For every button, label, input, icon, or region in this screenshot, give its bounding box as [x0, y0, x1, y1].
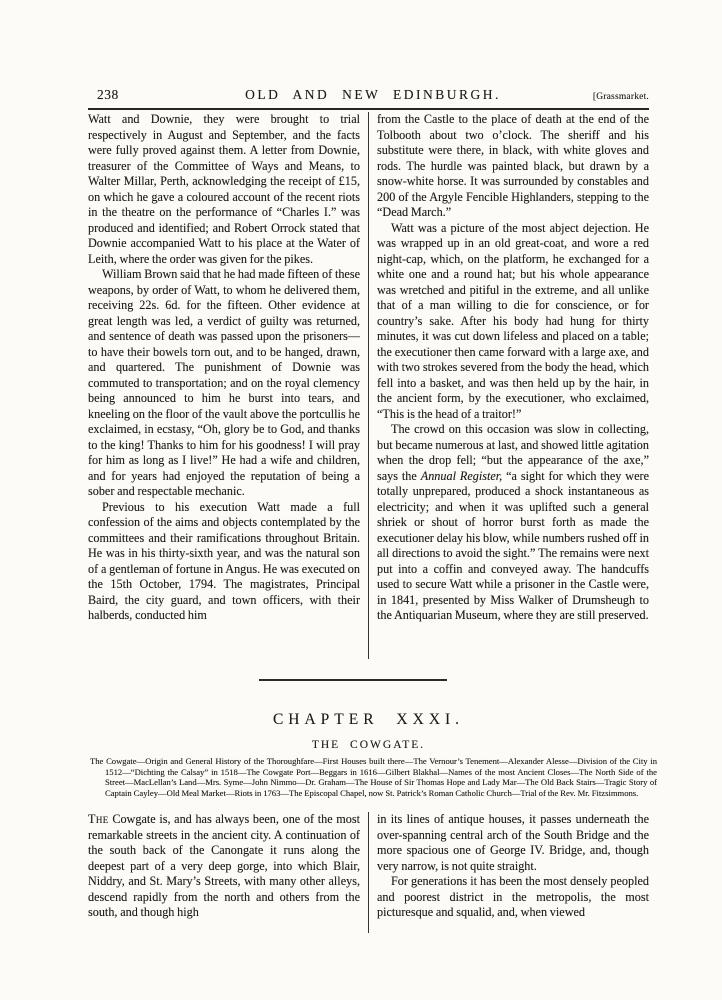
body-text: Watt and Downie, they were brought to tr… — [88, 112, 360, 266]
paragraph: The Cowgate is, and has always been, one… — [88, 812, 360, 921]
paragraph: from the Castle to the place of death at… — [377, 112, 649, 221]
body-text: William Brown said that he had made fift… — [88, 267, 360, 498]
running-title: OLD AND NEW EDINBURGH. — [197, 87, 549, 103]
article-left-column: Watt and Downie, they were brought to tr… — [88, 112, 369, 659]
small-caps-text: The — [88, 812, 109, 826]
body-text: Cowgate is, and has always been, one of … — [88, 812, 360, 919]
body-text: Watt was a picture of the most abject de… — [377, 221, 649, 421]
margin-note: [Grassmarket. — [549, 92, 649, 102]
body-text: from the Castle to the place of death at… — [377, 112, 649, 219]
paragraph: William Brown said that he had made fift… — [88, 267, 360, 500]
chapter-left-column: The Cowgate is, and has always been, one… — [88, 812, 369, 933]
chapter-right-column: in its lines of antique houses, it passe… — [369, 812, 649, 933]
book-page: 238 OLD AND NEW EDINBURGH. [Grassmarket.… — [0, 0, 722, 1000]
paragraph: in its lines of antique houses, it passe… — [377, 812, 649, 874]
paragraph: Watt and Downie, they were brought to tr… — [88, 112, 360, 267]
running-head: 238 OLD AND NEW EDINBURGH. [Grassmarket. — [88, 87, 649, 110]
body-text: in its lines of antique houses, it passe… — [377, 812, 649, 873]
paragraph: Previous to his execution Watt made a fu… — [88, 500, 360, 624]
article-right-column: from the Castle to the place of death at… — [369, 112, 649, 659]
body-text: Previous to his execution Watt made a fu… — [88, 500, 360, 623]
section-divider-rule — [259, 679, 447, 681]
body-text: For generations it has been the most den… — [377, 874, 649, 919]
page-number: 238 — [88, 87, 197, 103]
paragraph: Watt was a picture of the most abject de… — [377, 221, 649, 423]
chapter-heading: CHAPTER XXXI. — [88, 711, 649, 729]
article-columns: Watt and Downie, they were brought to tr… — [88, 112, 649, 659]
body-text: “a sight for which they were totally unp… — [377, 469, 649, 623]
paragraph: The crowd on this occasion was slow in c… — [377, 422, 649, 624]
paragraph: For generations it has been the most den… — [377, 874, 649, 921]
italic-text: Annual Register, — [421, 469, 502, 483]
chapter-columns: The Cowgate is, and has always been, one… — [88, 812, 649, 933]
chapter-subheading: THE COWGATE. — [88, 739, 649, 751]
chapter-synopsis: The Cowgate—Origin and General History o… — [90, 756, 657, 798]
